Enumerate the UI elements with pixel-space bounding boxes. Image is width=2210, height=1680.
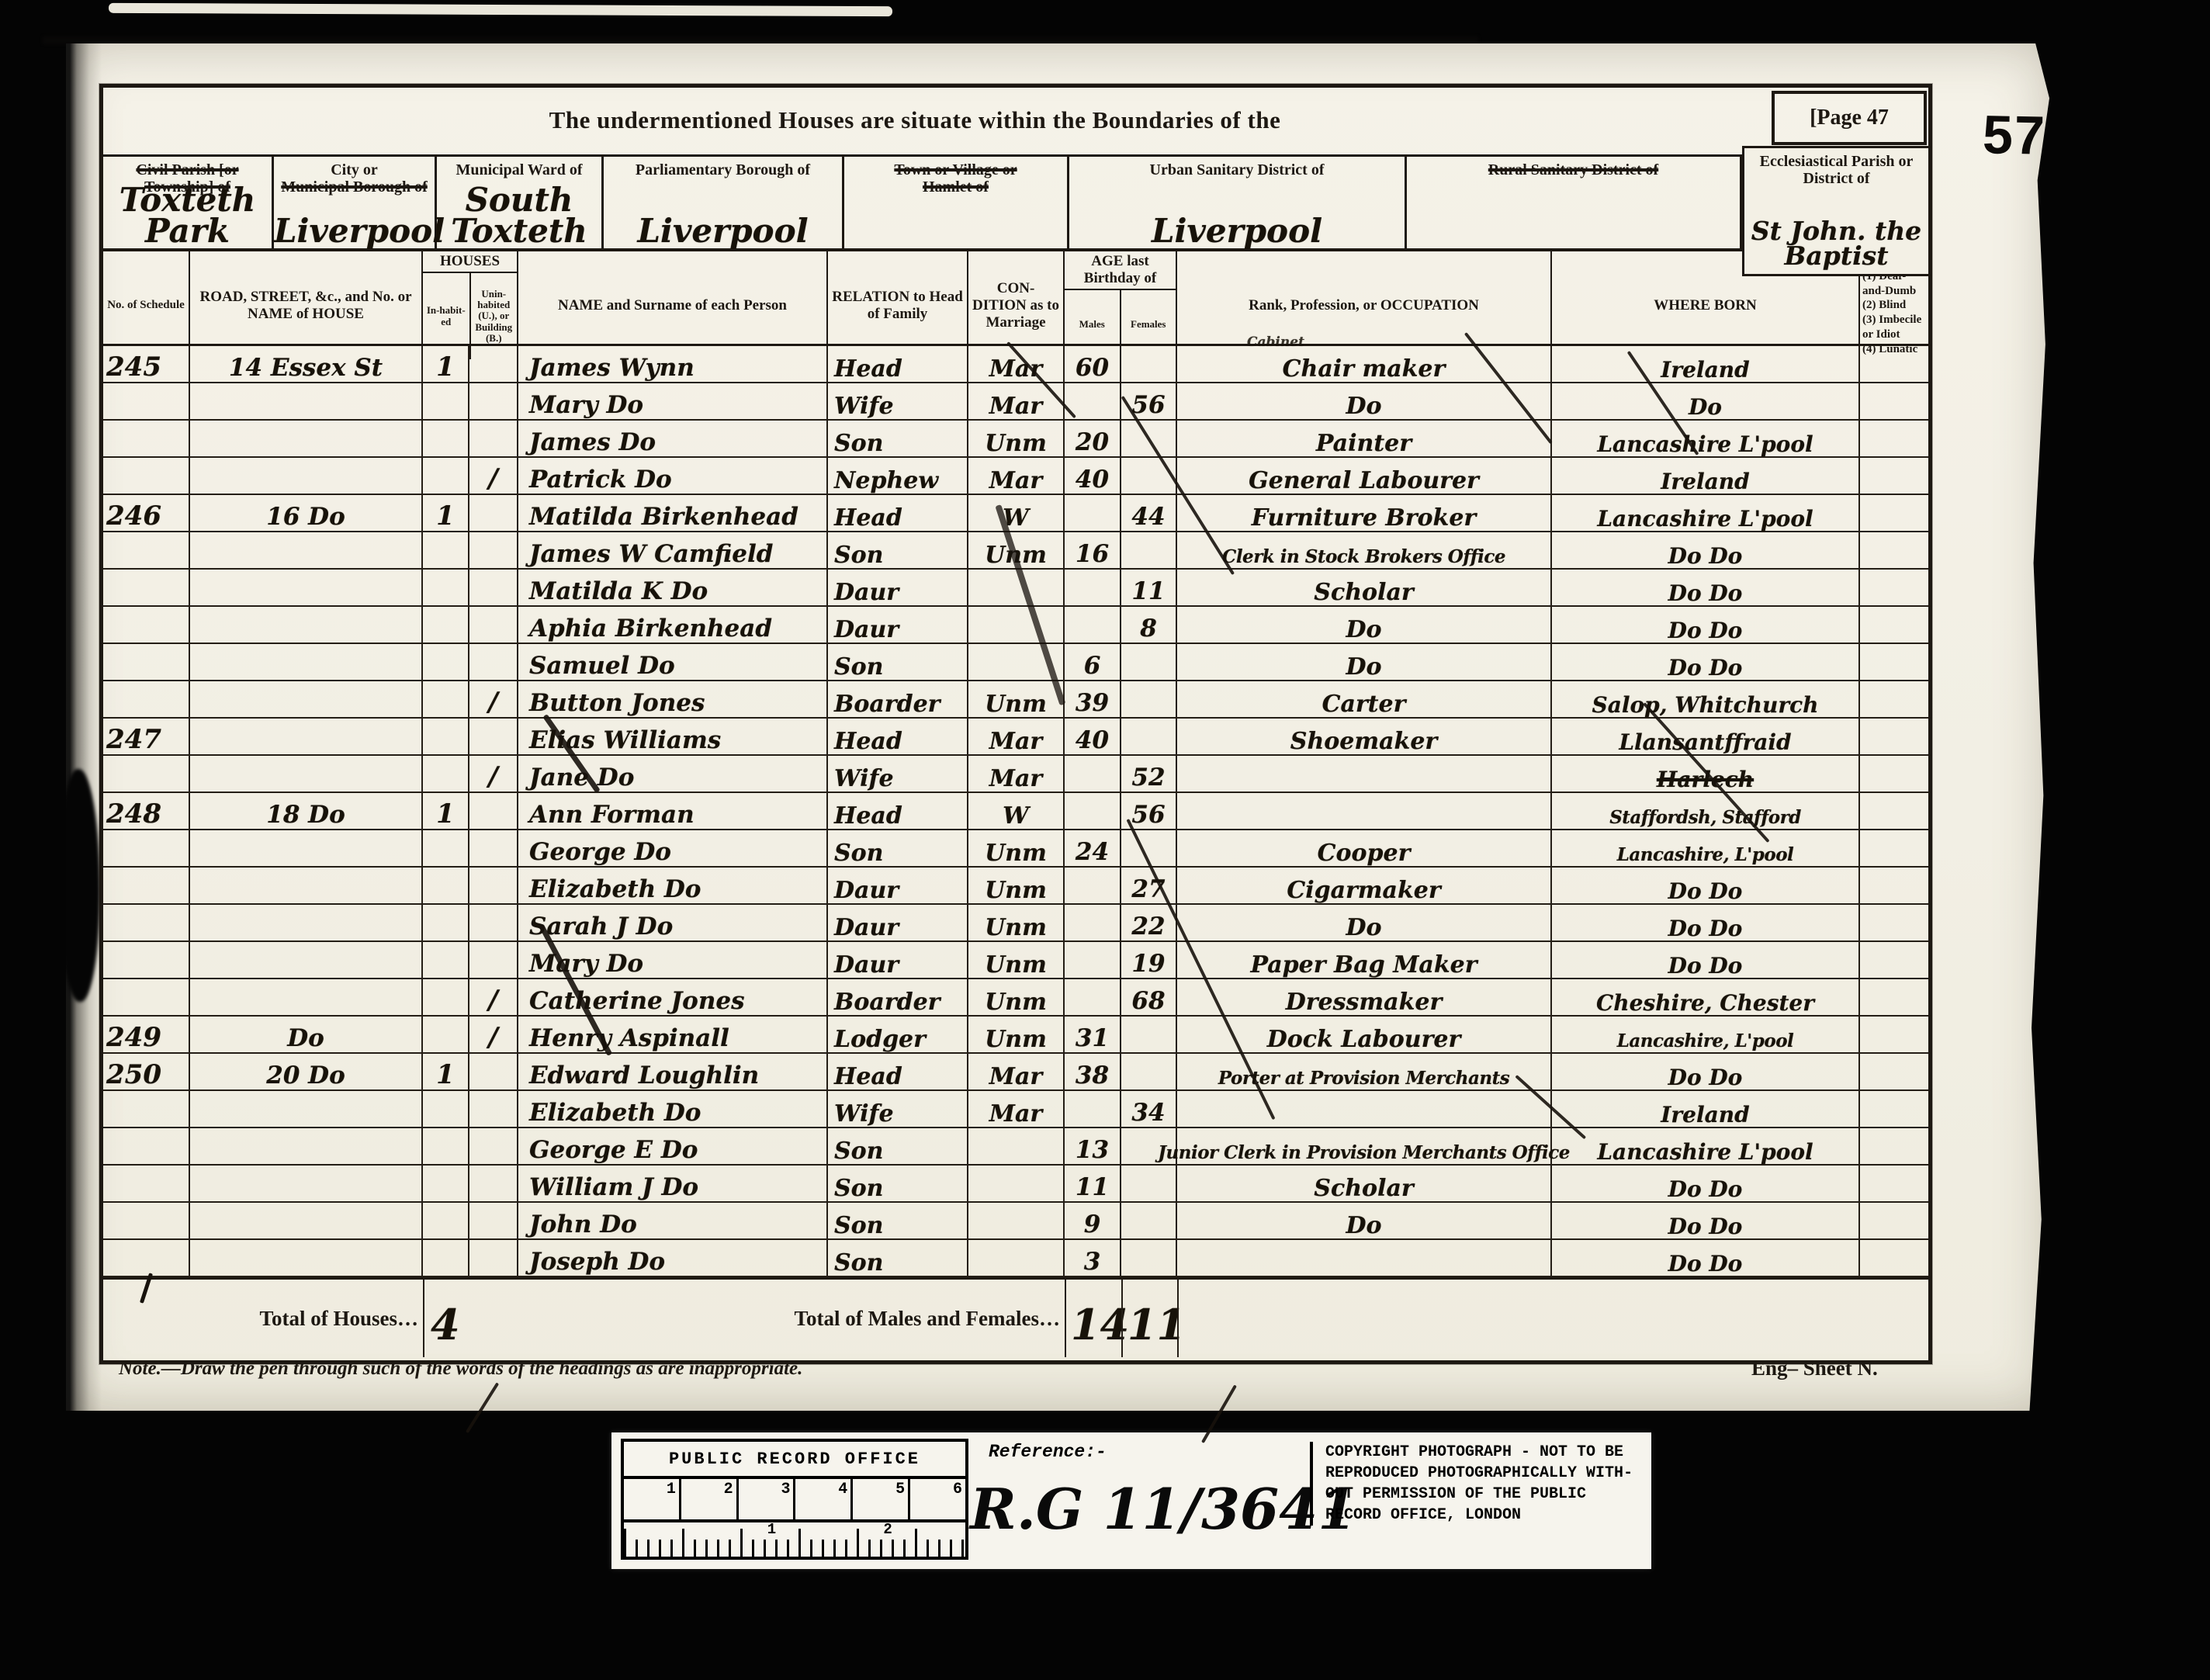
cell-condition: Unm xyxy=(968,421,1065,458)
table-row: George E DoSon13Junior Clerk in Provisio… xyxy=(103,1128,1928,1166)
cell-age_m xyxy=(1065,905,1121,942)
ruler-cm-cell: 5 xyxy=(853,1479,910,1519)
cell-occupation xyxy=(1177,1240,1552,1277)
cell-age_m xyxy=(1065,495,1121,532)
district-value: St John. the Baptist xyxy=(1744,219,1928,268)
cell-infirmity xyxy=(1860,532,1928,570)
cell-name: Henry Aspinall xyxy=(518,1017,828,1054)
cell-schedule xyxy=(103,1128,190,1166)
district-label: Ecclesiastical Parish or xyxy=(1749,153,1924,170)
cell-inhabited xyxy=(423,532,469,570)
cell-age_m: 13 xyxy=(1065,1128,1121,1166)
cell-schedule xyxy=(103,607,190,644)
cell-condition: Mar xyxy=(968,719,1065,756)
cell-condition xyxy=(968,1166,1065,1203)
cell-condition xyxy=(968,1128,1065,1166)
cell-occupation: Do xyxy=(1177,607,1552,644)
ruler-cm-cell: 1 xyxy=(624,1479,681,1519)
archive-page-stamp: 57 xyxy=(1982,103,2046,166)
cell-schedule xyxy=(103,532,190,570)
cell-born: Lancashire L'pool xyxy=(1552,1128,1860,1166)
cell-condition: Mar xyxy=(968,1091,1065,1128)
cell-born: Lancashire, L'pool xyxy=(1552,830,1860,868)
table-row: James DoSonUnm20PainterLancashire L'pool xyxy=(103,421,1928,458)
ruler-inch-number: 2 xyxy=(883,1521,892,1538)
cell-relation: Daur xyxy=(828,570,968,607)
cell-inhabited xyxy=(423,1203,469,1240)
cell-age_m xyxy=(1065,1091,1121,1128)
cell-name: Catherine Jones xyxy=(518,979,828,1017)
cell-uninhabited: / xyxy=(469,681,518,719)
cell-schedule xyxy=(103,1091,190,1128)
totals-empty xyxy=(1177,1280,1928,1357)
cell-infirmity xyxy=(1860,1017,1928,1054)
ruler-inch-row: 12 xyxy=(624,1522,965,1560)
cell-inhabited xyxy=(423,644,469,681)
scan-edge-smudge xyxy=(66,43,102,1411)
cell-inhabited xyxy=(423,1017,469,1054)
cell-road xyxy=(190,1128,423,1166)
cell-infirmity xyxy=(1860,1203,1928,1240)
cell-infirmity xyxy=(1860,495,1928,532)
cell-uninhabited xyxy=(469,421,518,458)
cell-age_f xyxy=(1121,681,1177,719)
district-label: Municipal Borough of xyxy=(279,178,430,196)
cell-road xyxy=(190,1240,423,1277)
cell-occupation: Scholar xyxy=(1177,1166,1552,1203)
cell-occupation: Carter xyxy=(1177,681,1552,719)
cell-condition: W xyxy=(968,495,1065,532)
cell-age_f: 22 xyxy=(1121,905,1177,942)
district-cell-urban-sanitary: Urban Sanitary District ofLiverpool xyxy=(1069,157,1407,248)
cell-born: Salop, Whitchurch xyxy=(1552,681,1860,719)
cell-born: Do Do xyxy=(1552,868,1860,905)
cell-relation: Daur xyxy=(828,905,968,942)
cell-inhabited xyxy=(423,942,469,979)
cell-name: William J Do xyxy=(518,1166,828,1203)
cell-name: Patrick Do xyxy=(518,458,828,495)
cell-infirmity xyxy=(1860,1240,1928,1277)
cell-born: Lancashire L'pool xyxy=(1552,421,1860,458)
cell-uninhabited xyxy=(469,644,518,681)
district-label: Municipal Ward of xyxy=(442,161,597,178)
cell-relation: Wife xyxy=(828,756,968,793)
cell-occupation: Junior Clerk in Provision Merchants Offi… xyxy=(1177,1128,1552,1166)
cell-inhabited xyxy=(423,421,469,458)
cell-born: Ireland xyxy=(1552,1091,1860,1128)
cell-uninhabited xyxy=(469,942,518,979)
cell-name: Ann Forman xyxy=(518,793,828,830)
cell-relation: Boarder xyxy=(828,681,968,719)
cell-uninhabited: / xyxy=(469,458,518,495)
cell-schedule xyxy=(103,458,190,495)
cell-born: Lancashire L'pool xyxy=(1552,495,1860,532)
cell-schedule xyxy=(103,942,190,979)
cell-born: Do Do xyxy=(1552,905,1860,942)
totals-row: Total of Houses… 4 Total of Males and Fe… xyxy=(103,1277,1928,1357)
census-form: The undermentioned Houses are situate wi… xyxy=(99,84,1932,1364)
cell-schedule: 246 xyxy=(103,495,190,532)
table-row: 25020 Do1Edward LoughlinHeadMar38Porter … xyxy=(103,1054,1928,1091)
district-value: Toxteth Park xyxy=(103,185,272,247)
cell-age_m: 3 xyxy=(1065,1240,1121,1277)
cell-born: Staffordsh, Stafford xyxy=(1552,793,1860,830)
ruler-cm-row: 123456 xyxy=(624,1479,965,1522)
cell-born: Do Do xyxy=(1552,1054,1860,1091)
cell-uninhabited xyxy=(469,793,518,830)
cell-uninhabited xyxy=(469,1054,518,1091)
cell-age_m: 6 xyxy=(1065,644,1121,681)
cell-uninhabited xyxy=(469,830,518,868)
cell-age_m xyxy=(1065,868,1121,905)
cell-relation: Daur xyxy=(828,942,968,979)
district-cell-municipal-ward: Municipal Ward ofSouth Toxteth xyxy=(437,157,604,248)
pro-stamp-strip: PUBLIC RECORD OFFICE 123456 12 Reference… xyxy=(611,1432,1651,1569)
col-age: AGE last Birthday of Males Females xyxy=(1065,251,1177,359)
cell-age_f: 27 xyxy=(1121,868,1177,905)
ruler-cm-cell: 2 xyxy=(681,1479,739,1519)
col-houses-label: HOUSES xyxy=(423,251,517,273)
cell-inhabited: 1 xyxy=(423,346,469,383)
cell-road xyxy=(190,830,423,868)
district-label: Rural Sanitary District of xyxy=(1412,161,1735,178)
cell-infirmity xyxy=(1860,905,1928,942)
cell-age_f xyxy=(1121,1203,1177,1240)
pro-ruler-box: PUBLIC RECORD OFFICE 123456 12 xyxy=(621,1439,968,1560)
cell-relation: Head xyxy=(828,793,968,830)
cell-age_m: 40 xyxy=(1065,719,1121,756)
cell-infirmity xyxy=(1860,421,1928,458)
cell-occupation: CabinetChair maker xyxy=(1177,346,1552,383)
cell-age_m: 9 xyxy=(1065,1203,1121,1240)
cell-age_m xyxy=(1065,942,1121,979)
cell-road xyxy=(190,681,423,719)
cell-infirmity xyxy=(1860,756,1928,793)
ruler-ticks xyxy=(624,1540,965,1560)
cell-name: Aphia Birkenhead xyxy=(518,607,828,644)
cell-road xyxy=(190,607,423,644)
cell-occupation: Scholar xyxy=(1177,570,1552,607)
cell-relation: Nephew xyxy=(828,458,968,495)
total-houses-label: Total of Houses… xyxy=(103,1280,423,1357)
total-males-females-label: Total of Males and Females… xyxy=(518,1280,1065,1357)
district-cell-rural-sanitary: Rural Sanitary District of xyxy=(1407,157,1742,248)
cell-age_m xyxy=(1065,756,1121,793)
cell-infirmity xyxy=(1860,681,1928,719)
cell-infirmity xyxy=(1860,793,1928,830)
cell-occupation: Painter xyxy=(1177,421,1552,458)
cell-age_f xyxy=(1121,346,1177,383)
cell-road xyxy=(190,979,423,1017)
table-row: /Jane DoWifeMar52Harlech xyxy=(103,756,1928,793)
cell-relation: Son xyxy=(828,644,968,681)
cell-schedule: 248 xyxy=(103,793,190,830)
cell-age_f: 44 xyxy=(1121,495,1177,532)
cell-name: Jane Do xyxy=(518,756,828,793)
cell-condition xyxy=(968,570,1065,607)
cell-occupation: Cigarmaker xyxy=(1177,868,1552,905)
cell-inhabited xyxy=(423,570,469,607)
cell-born: Do Do xyxy=(1552,570,1860,607)
cell-condition: Unm xyxy=(968,868,1065,905)
cell-infirmity xyxy=(1860,1166,1928,1203)
cell-occupation: Clerk in Stock Brokers Office xyxy=(1177,532,1552,570)
cell-born: Do Do xyxy=(1552,1240,1860,1277)
cell-occupation xyxy=(1177,1091,1552,1128)
cell-uninhabited xyxy=(469,1128,518,1166)
cell-condition: Unm xyxy=(968,905,1065,942)
table-row: 249Do/Henry AspinallLodgerUnm31Dock Labo… xyxy=(103,1017,1928,1054)
cell-relation: Head xyxy=(828,719,968,756)
col-road: ROAD, STREET, &c., and No. or NAME of HO… xyxy=(190,251,423,359)
table-row: 24818 Do1Ann FormanHeadW56Staffordsh, St… xyxy=(103,793,1928,830)
cell-condition: W xyxy=(968,793,1065,830)
cell-inhabited xyxy=(423,383,469,421)
cell-infirmity xyxy=(1860,346,1928,383)
cell-infirmity xyxy=(1860,868,1928,905)
cell-occupation xyxy=(1177,793,1552,830)
cell-age_f: 56 xyxy=(1121,383,1177,421)
cell-schedule xyxy=(103,1166,190,1203)
cell-uninhabited xyxy=(469,346,518,383)
cell-schedule xyxy=(103,979,190,1017)
cell-schedule xyxy=(103,570,190,607)
total-females-value: 11 xyxy=(1121,1280,1177,1357)
cell-born: Lancashire, L'pool xyxy=(1552,1017,1860,1054)
cell-name: Joseph Do xyxy=(518,1240,828,1277)
table-row: Aphia BirkenheadDaur8DoDo Do xyxy=(103,607,1928,644)
scanned-census-page: The undermentioned Houses are situate wi… xyxy=(0,0,2210,1680)
district-label: City or xyxy=(279,161,430,178)
cell-inhabited xyxy=(423,681,469,719)
col-condition: CON-DITION as to Marriage xyxy=(968,251,1065,359)
cell-road xyxy=(190,644,423,681)
cell-road: Do xyxy=(190,1017,423,1054)
district-cell-parliamentary-borough: Parliamentary Borough ofLiverpool xyxy=(604,157,844,248)
cell-age_f xyxy=(1121,1240,1177,1277)
table-row: Samuel DoSon6DoDo Do xyxy=(103,644,1928,681)
cell-relation: Head xyxy=(828,1054,968,1091)
cell-relation: Son xyxy=(828,1166,968,1203)
page-number: [Page 47 xyxy=(1810,106,1889,130)
cell-road: 18 Do xyxy=(190,793,423,830)
district-cell-ecclesiastical-parish: Ecclesiastical Parish orDistrict ofSt Jo… xyxy=(1742,146,1928,276)
cell-age_f: 11 xyxy=(1121,570,1177,607)
cell-age_f xyxy=(1121,644,1177,681)
cell-inhabited xyxy=(423,868,469,905)
cell-name: Mary Do xyxy=(518,383,828,421)
col-houses: HOUSES In-habit-ed Unin-habited (U.), or… xyxy=(423,251,518,359)
cell-age_m: 31 xyxy=(1065,1017,1121,1054)
table-body: 24514 Essex St1James WynnHeadMar60Cabine… xyxy=(103,346,1928,1277)
cell-uninhabited: / xyxy=(469,1017,518,1054)
cell-age_f: 68 xyxy=(1121,979,1177,1017)
district-cell-town-village: Town or Village orHamlet of xyxy=(844,157,1069,248)
cell-age_m: 40 xyxy=(1065,458,1121,495)
table-row: Elizabeth DoDaurUnm27CigarmakerDo Do xyxy=(103,868,1928,905)
cell-condition: Mar xyxy=(968,458,1065,495)
cell-age_m: 24 xyxy=(1065,830,1121,868)
cell-born: Do Do xyxy=(1552,1203,1860,1240)
cell-infirmity xyxy=(1860,607,1928,644)
cell-condition: Unm xyxy=(968,1017,1065,1054)
cell-relation: Son xyxy=(828,421,968,458)
cell-relation: Son xyxy=(828,830,968,868)
cell-born: Do Do xyxy=(1552,607,1860,644)
cell-uninhabited xyxy=(469,1091,518,1128)
cell-condition: Unm xyxy=(968,979,1065,1017)
cell-condition xyxy=(968,1203,1065,1240)
cell-inhabited xyxy=(423,756,469,793)
cell-name: James Do xyxy=(518,421,828,458)
cell-schedule xyxy=(103,644,190,681)
cell-infirmity xyxy=(1860,719,1928,756)
cell-relation: Head xyxy=(828,495,968,532)
cell-infirmity xyxy=(1860,979,1928,1017)
cell-name: Button Jones xyxy=(518,681,828,719)
district-header: Civil Parish [or Township] ofToxteth Par… xyxy=(103,157,1928,251)
cell-age_f xyxy=(1121,532,1177,570)
ruler-inch-number: 1 xyxy=(767,1521,776,1538)
pro-title: PUBLIC RECORD OFFICE xyxy=(624,1442,965,1479)
table-row: 24616 Do1Matilda BirkenheadHeadW44Furnit… xyxy=(103,495,1928,532)
table-row: Joseph DoSon3Do Do xyxy=(103,1240,1928,1277)
cell-born: Llansantffraid xyxy=(1552,719,1860,756)
cell-uninhabited xyxy=(469,570,518,607)
cell-name: John Do xyxy=(518,1203,828,1240)
cell-occupation: Dressmaker xyxy=(1177,979,1552,1017)
cell-schedule: 247 xyxy=(103,719,190,756)
cell-name: Matilda K Do xyxy=(518,570,828,607)
cell-condition xyxy=(968,607,1065,644)
cell-born: Do Do xyxy=(1552,1166,1860,1203)
cell-name: Elizabeth Do xyxy=(518,1091,828,1128)
cell-occupation: Cooper xyxy=(1177,830,1552,868)
cell-born: Do Do xyxy=(1552,942,1860,979)
cell-relation: Son xyxy=(828,1203,968,1240)
cell-occupation: Do xyxy=(1177,383,1552,421)
cell-age_f xyxy=(1121,1017,1177,1054)
table-row: George DoSonUnm24CooperLancashire, L'poo… xyxy=(103,830,1928,868)
cell-age_f: 19 xyxy=(1121,942,1177,979)
cell-age_m xyxy=(1065,607,1121,644)
cell-name: George E Do xyxy=(518,1128,828,1166)
cell-infirmity xyxy=(1860,1091,1928,1128)
district-label: Urban Sanitary District of xyxy=(1074,161,1400,178)
cell-inhabited: 1 xyxy=(423,495,469,532)
cell-born: Do Do xyxy=(1552,644,1860,681)
cell-road xyxy=(190,1091,423,1128)
cell-infirmity xyxy=(1860,383,1928,421)
cell-age_f xyxy=(1121,458,1177,495)
col-name: NAME and Surname of each Person xyxy=(518,251,828,359)
cell-condition xyxy=(968,1240,1065,1277)
cell-name: James W Camfield xyxy=(518,532,828,570)
cell-relation: Son xyxy=(828,532,968,570)
page-number-box: [Page 47 xyxy=(1772,91,1927,145)
cell-condition: Unm xyxy=(968,681,1065,719)
table-row: 247Elias WilliamsHeadMar40ShoemakerLlans… xyxy=(103,719,1928,756)
cell-inhabited xyxy=(423,1240,469,1277)
district-label: District of xyxy=(1749,170,1924,187)
cell-age_m xyxy=(1065,793,1121,830)
cell-relation: Head xyxy=(828,346,968,383)
cell-born: Ireland xyxy=(1552,458,1860,495)
cell-name: Elias Williams xyxy=(518,719,828,756)
cell-infirmity xyxy=(1860,942,1928,979)
occupation-note: Cabinet xyxy=(1247,337,1304,348)
cell-age_m: 16 xyxy=(1065,532,1121,570)
cell-relation: Wife xyxy=(828,383,968,421)
ruler-cm-cell: 6 xyxy=(910,1479,965,1519)
cell-condition: Mar xyxy=(968,1054,1065,1091)
cell-inhabited xyxy=(423,458,469,495)
cell-age_m: 11 xyxy=(1065,1166,1121,1203)
cell-age_f xyxy=(1121,719,1177,756)
cell-road xyxy=(190,756,423,793)
table-row: Mary DoDaurUnm19Paper Bag MakerDo Do xyxy=(103,942,1928,979)
cell-schedule xyxy=(103,830,190,868)
table-row: Matilda K DoDaur11ScholarDo Do xyxy=(103,570,1928,607)
form-title: The undermentioned Houses are situate wi… xyxy=(103,106,1727,134)
table-row: /Patrick DoNephewMar40General LabourerIr… xyxy=(103,458,1928,495)
cell-age_m xyxy=(1065,570,1121,607)
col-age-label: AGE last Birthday of xyxy=(1065,251,1176,290)
table-row: Sarah J DoDaurUnm22DoDo Do xyxy=(103,905,1928,942)
cell-name: James Wynn xyxy=(518,346,828,383)
footer-note: Note.—Draw the pen through such of the w… xyxy=(119,1358,802,1380)
cell-uninhabited xyxy=(469,495,518,532)
cell-road xyxy=(190,868,423,905)
cell-relation: Boarder xyxy=(828,979,968,1017)
cell-inhabited xyxy=(423,1166,469,1203)
cell-uninhabited xyxy=(469,905,518,942)
cell-name: Edward Loughlin xyxy=(518,1054,828,1091)
cell-uninhabited xyxy=(469,719,518,756)
cell-age_f xyxy=(1121,1166,1177,1203)
district-label: Town or Village or xyxy=(849,161,1062,178)
title-row: The undermentioned Houses are situate wi… xyxy=(103,88,1928,157)
cell-infirmity xyxy=(1860,1054,1928,1091)
cell-road xyxy=(190,719,423,756)
cell-relation: Wife xyxy=(828,1091,968,1128)
total-males-value: 14 xyxy=(1065,1280,1121,1357)
cell-condition: Unm xyxy=(968,942,1065,979)
cell-uninhabited xyxy=(469,1203,518,1240)
ruler-cm-cell: 3 xyxy=(739,1479,796,1519)
cell-name: Elizabeth Do xyxy=(518,868,828,905)
cell-uninhabited xyxy=(469,607,518,644)
district-value: South Toxteth xyxy=(437,185,601,247)
cell-born: Do Do xyxy=(1552,532,1860,570)
district-cell-civil-parish: Civil Parish [or Township] ofToxteth Par… xyxy=(103,157,274,248)
cell-occupation: Do xyxy=(1177,1203,1552,1240)
cell-relation: Son xyxy=(828,1128,968,1166)
cell-age_m: 38 xyxy=(1065,1054,1121,1091)
copyright-notice: COPYRIGHT PHOTOGRAPH - NOT TO BE REPRODU… xyxy=(1310,1442,1659,1526)
cell-inhabited xyxy=(423,607,469,644)
table-row: William J DoSon11ScholarDo Do xyxy=(103,1166,1928,1203)
total-houses-value: 4 xyxy=(423,1280,518,1357)
cell-age_m xyxy=(1065,979,1121,1017)
cell-road xyxy=(190,383,423,421)
cell-road xyxy=(190,532,423,570)
district-cell-city-borough: City orMunicipal Borough ofLiverpool xyxy=(274,157,437,248)
cell-age_f xyxy=(1121,1054,1177,1091)
column-headers: No. of Schedule ROAD, STREET, &c., and N… xyxy=(103,251,1928,346)
cell-road xyxy=(190,1166,423,1203)
cell-age_m: 60 xyxy=(1065,346,1121,383)
